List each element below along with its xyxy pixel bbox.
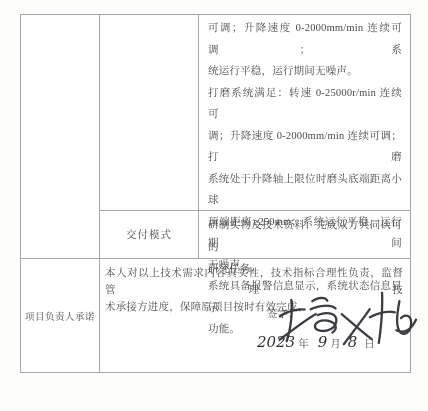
delivery-mode-label-cell: 交付模式 bbox=[100, 211, 199, 259]
date-month: 9 bbox=[318, 333, 328, 351]
document-page: 可调；升降速度 0-2000mm/min 连续可调；系 统运行平稳，运行期间无噪… bbox=[0, 0, 428, 411]
commitment-label-cell: 项目负责人承诺 bbox=[21, 259, 100, 372]
spec-line: 系统处于升降轴上限位时磨头底端距离小球 bbox=[208, 169, 402, 212]
date-year-unit: 年 bbox=[298, 336, 309, 351]
delivery-mode-label: 交付模式 bbox=[126, 227, 172, 242]
date-day-unit: 日 bbox=[364, 336, 375, 351]
empty-cell-col2 bbox=[100, 15, 199, 211]
empty-cell-col1 bbox=[21, 15, 100, 259]
date-year: 2023 bbox=[257, 333, 295, 351]
date-month-unit: 月 bbox=[330, 336, 341, 351]
spec-line: 统运行平稳，运行期间无噪声。 bbox=[208, 61, 402, 83]
commitment-label: 项目负责人承诺 bbox=[25, 309, 95, 323]
date-day: 8 bbox=[348, 333, 358, 351]
delivery-mode-content-cell: 研制实物及技术资料；完成双方共同认可的 研究任务。 bbox=[199, 211, 410, 259]
signature-date: 2023 年 9 月 8 日 bbox=[257, 333, 375, 355]
commitment-content-cell: 本人对以上技术需求内容真实性，技术指标合理性负责，监督管理技 术承接方进度，保障… bbox=[100, 259, 410, 372]
spec-text-cell: 可调；升降速度 0-2000mm/min 连续可调；系 统运行平稳，运行期间无噪… bbox=[199, 15, 410, 211]
requirements-table: 可调；升降速度 0-2000mm/min 连续可调；系 统运行平稳，运行期间无噪… bbox=[20, 14, 411, 373]
spec-line: 调；升降速度 0-2000mm/min 连续可调；打磨 bbox=[208, 126, 402, 169]
spec-line: 可调；升降速度 0-2000mm/min 连续可调；系 bbox=[208, 18, 402, 61]
spec-line: 打磨系统满足：转速 0-25000r/min 连续可 bbox=[208, 83, 402, 126]
delivery-line: 研制实物及技术资料；完成双方共同认可的 bbox=[208, 215, 402, 259]
